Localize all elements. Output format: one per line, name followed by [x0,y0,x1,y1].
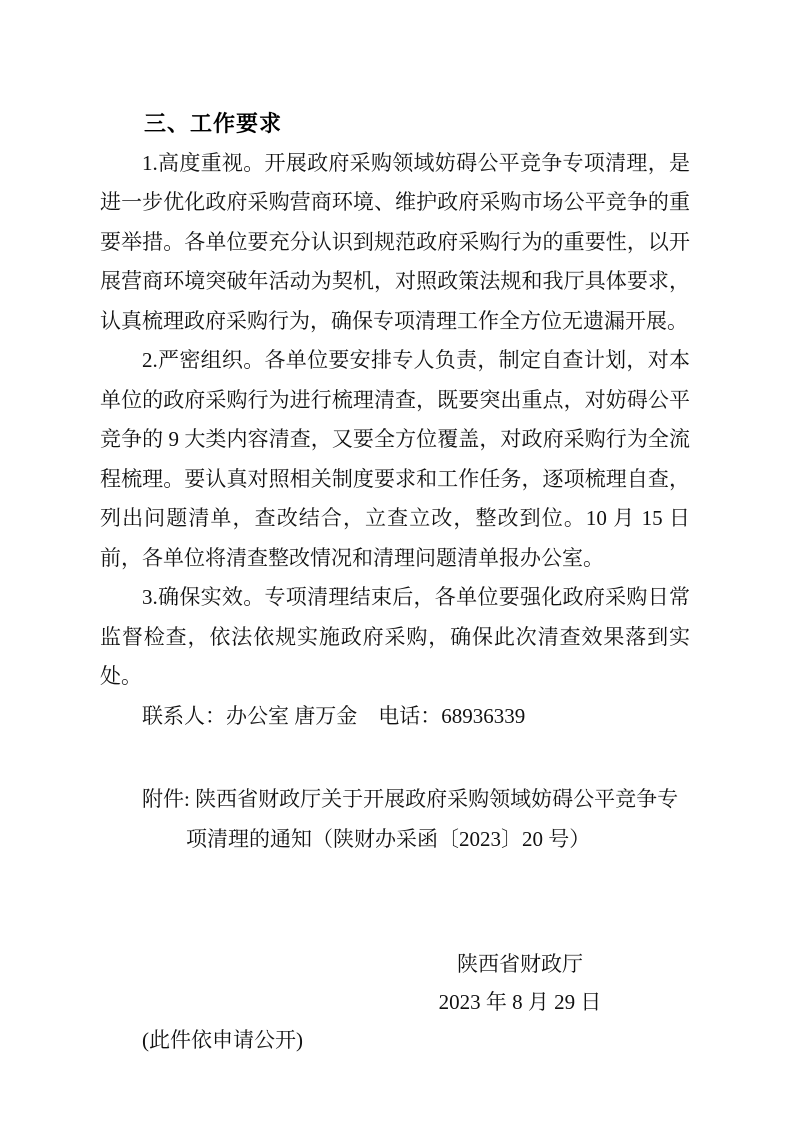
signature-date: 2023 年 8 月 29 日 [410,983,630,1021]
paragraph-strict-organization: 2.严密组织。各单位要安排专人负责，制定自查计划，对本单位的政府采购行为进行梳理… [100,341,690,578]
attachment-block: 附件: 陕西省财政厅关于开展政府采购领域妨碍公平竞争专 项清理的通知（陕财办采函… [100,780,690,859]
paragraph-ensure-results: 3.确保实效。专项清理结束后，各单位要强化政府采购日常监督检查，依法依规实施政府… [100,578,690,697]
signature-issuer: 陕西省财政厅 [410,945,630,983]
section-heading: 三、工作要求 [100,104,690,144]
contact-line: 联系人：办公室 唐万金 电话：68936339 [100,697,690,737]
document-page: 三、工作要求 1.高度重视。开展政府采购领域妨碍公平竞争专项清理，是进一步优化政… [0,0,794,1122]
disclosure-note: (此件依申请公开) [100,1021,690,1059]
attachment-line-2: 项清理的通知（陕财办采函〔2023〕20 号） [100,820,690,860]
signature-block: 陕西省财政厅 2023 年 8 月 29 日 [410,945,630,1021]
paragraph-high-priority: 1.高度重视。开展政府采购领域妨碍公平竞争专项清理，是进一步优化政府采购营商环境… [100,144,690,342]
attachment-line-1: 附件: 陕西省财政厅关于开展政府采购领域妨碍公平竞争专 [100,780,690,820]
document-body: 三、工作要求 1.高度重视。开展政府采购领域妨碍公平竞争专项清理，是进一步优化政… [100,104,690,1059]
